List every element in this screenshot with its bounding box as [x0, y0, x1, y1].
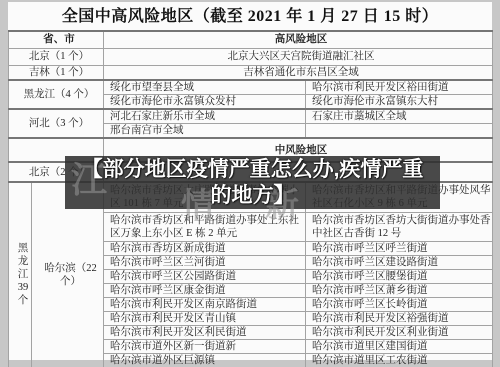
- area-cell: 绥化市海伦市永富镇众发村: [104, 95, 306, 110]
- area-cell: 石家庄市藁城区全域: [306, 109, 493, 124]
- area-cell: 哈尔滨市利民开发区利民街道: [104, 325, 306, 339]
- area-cell: 哈尔滨市利民开发区南京路街道: [104, 297, 306, 311]
- province-label-heilongjiang-high: 黑龙江（4 个）: [9, 80, 104, 109]
- area-cell: 哈尔滨市利民开发区裕强街道: [306, 311, 493, 325]
- area-cell: 哈尔滨市呼兰区呼兰街道: [306, 241, 493, 255]
- area-cell: 吉林省通化市东昌区全域: [104, 65, 493, 80]
- caption-line-1: 【部分地区疫情严重怎么办,疾情严重: [65, 157, 440, 183]
- table-row-beijing-high: 北京（1 个） 北京大兴区天宫院街道融汇社区: [9, 48, 493, 65]
- province-label-jilin: 吉林（1 个）: [9, 65, 104, 80]
- area-cell: 哈尔滨市呼兰区公园路街道: [104, 269, 306, 283]
- area-cell: 哈尔滨市道里区工农街道: [306, 353, 493, 367]
- area-cell: 北京大兴区天宫院街道融汇社区: [104, 48, 493, 65]
- area-cell: 哈尔滨市道里区建国街道: [306, 339, 493, 353]
- area-cell: 哈尔滨市呼兰区建设路街道: [306, 255, 493, 269]
- table-row-heilongjiang-high-1: 黑龙江（4 个） 绥化市望奎县全域 哈尔滨市利民开发区裕田街道: [9, 80, 493, 95]
- high-risk-header-row: 省、市 高风险地区: [9, 31, 493, 48]
- column-header-province-city: 省、市: [9, 31, 104, 48]
- province-char: 龙: [15, 255, 31, 268]
- province-count: 39: [15, 281, 31, 294]
- caption-line-2: 的地方】: [65, 183, 440, 209]
- column-header-high-risk: 高风险地区: [104, 31, 493, 48]
- screenshot-root: { "page": { "title": "全国中高风险地区（截至 2021 年…: [0, 0, 500, 367]
- city-label-harbin: 哈尔滨（22 个）: [32, 182, 104, 367]
- province-char: 个: [15, 294, 31, 307]
- province-label-beijing: 北京（1 个）: [9, 48, 104, 65]
- area-cell: 哈尔滨市呼兰区萧乡街道: [306, 283, 493, 297]
- area-cell: 哈尔滨市利民开发区裕田街道: [306, 80, 493, 95]
- province-char: 江: [15, 268, 31, 281]
- area-cell: 哈尔滨市呼兰区康金街道: [104, 283, 306, 297]
- table-row-hebei-high-1: 河北（3 个） 河北石家庄新乐市全域 石家庄市藁城区全域: [9, 109, 493, 124]
- area-cell: 哈尔滨市香坊区香坊大街街道办事处香中社区古香街 12 号: [306, 212, 493, 241]
- province-label-heilongjiang-medium: 黑 龙 江 39 个: [9, 182, 32, 367]
- table-row-jilin-high: 吉林（1 个） 吉林省通化市东昌区全域: [9, 65, 493, 80]
- area-cell: 哈尔滨市呼兰区兰河街道: [104, 255, 306, 269]
- area-cell: [306, 124, 493, 139]
- area-cell: 哈尔滨市利民开发区青山镇: [104, 311, 306, 325]
- area-cell: 哈尔滨市呼兰区腰堡街道: [306, 269, 493, 283]
- area-cell: 哈尔滨市道外区新一街道新: [104, 339, 306, 353]
- area-cell: 哈尔滨市香坊区新成街道: [104, 241, 306, 255]
- area-cell: 邢台南宫市全域: [104, 124, 306, 139]
- page-title: 全国中高风险地区（截至 2021 年 1 月 27 日 15 时）: [8, 2, 492, 30]
- area-cell: 哈尔滨市道外区巨源镇: [104, 353, 306, 367]
- province-label-hebei: 河北（3 个）: [9, 109, 104, 138]
- area-cell: 绥化市望奎县全域: [104, 80, 306, 95]
- province-char: 黑: [15, 242, 31, 255]
- area-cell: 哈尔滨市呼兰区长岭街道: [306, 297, 493, 311]
- area-cell: 哈尔滨市利民开发区利业街道: [306, 325, 493, 339]
- caption-overlay: 江 情 新 【部分地区疫情严重怎么办,疾情严重 的地方】: [65, 156, 440, 209]
- area-cell: 绥化市海伦市永富镇东大村: [306, 95, 493, 110]
- area-cell: 河北石家庄新乐市全域: [104, 109, 306, 124]
